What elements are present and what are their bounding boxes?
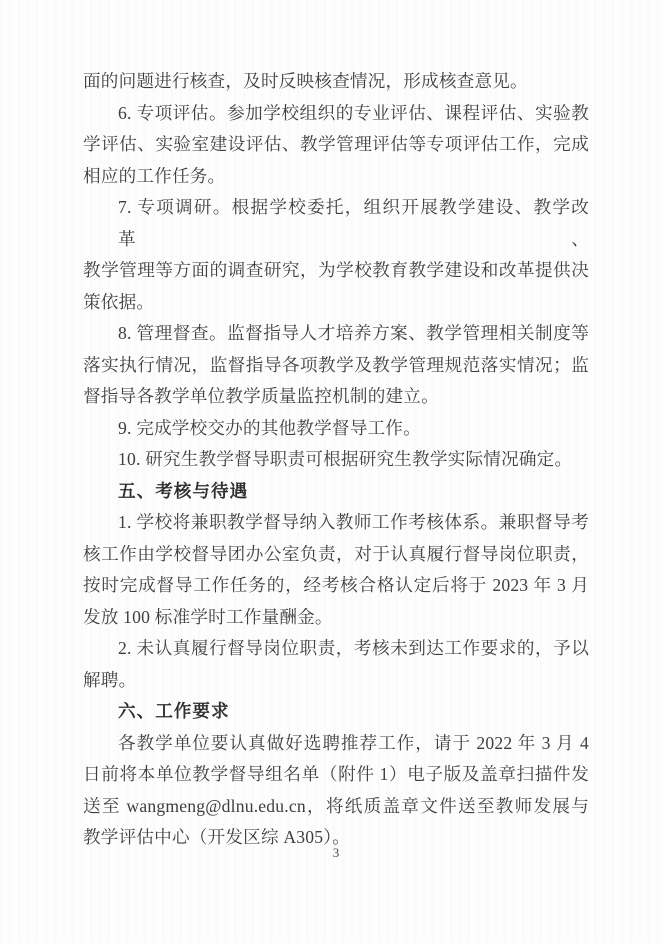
document-line: 解聘。	[83, 665, 589, 697]
document-line: 教学管理等方面的调查研究，为学校教育教学建设和改革提供决	[83, 255, 589, 287]
section-heading-assessment: 五、考核与待遇	[83, 476, 589, 508]
document-line: 1. 学校将兼职教学督导纳入教师工作考核体系。兼职督导考	[83, 507, 589, 539]
document-line: 按时完成督导工作任务的，经考核合格认定后将于 2023 年 3 月	[83, 570, 589, 602]
document-line: 6. 专项评估。参加学校组织的专业评估、课程评估、实验教	[83, 98, 589, 130]
document-line: 发放 100 标准学时工作量酬金。	[83, 602, 589, 634]
document-line: 相应的工作任务。	[83, 161, 589, 193]
section-heading-requirements: 六、工作要求	[83, 696, 589, 728]
document-page: 面的问题进行核查，及时反映核查情况，形成核查意见。 6. 专项评估。参加学校组织…	[0, 0, 662, 943]
document-line: 各教学单位要认真做好选聘推荐工作，请于 2022 年 3 月 4	[83, 728, 589, 760]
page-number: 3	[83, 845, 589, 861]
document-line: 10. 研究生教学督导职责可根据研究生教学实际情况确定。	[83, 444, 589, 476]
document-line: 面的问题进行核查，及时反映核查情况，形成核查意见。	[83, 66, 589, 98]
document-body: 面的问题进行核查，及时反映核查情况，形成核查意见。 6. 专项评估。参加学校组织…	[83, 66, 589, 854]
document-line: 学评估、实验室建设评估、教学管理评估等专项评估工作，完成	[83, 129, 589, 161]
document-line: 日前将本单位教学督导组名单（附件 1）电子版及盖章扫描件发	[83, 759, 589, 791]
document-line: 督指导各教学单位教学质量监控机制的建立。	[83, 381, 589, 413]
document-line: 送至 wangmeng@dlnu.edu.cn，将纸质盖章文件送至教师发展与	[83, 791, 589, 823]
document-line: 9. 完成学校交办的其他教学督导工作。	[83, 413, 589, 445]
document-line: 8. 管理督查。监督指导人才培养方案、教学管理相关制度等	[83, 318, 589, 350]
document-line: 落实执行情况，监督指导各项教学及教学管理规范落实情况；监	[83, 350, 589, 382]
document-line: 7. 专项调研。根据学校委托，组织开展教学建设、教学改革、	[83, 192, 589, 255]
document-line: 核工作由学校督导团办公室负责，对于认真履行督导岗位职责，	[83, 539, 589, 571]
document-line: 2. 未认真履行督导岗位职责，考核未到达工作要求的，予以	[83, 633, 589, 665]
document-line: 策依据。	[83, 287, 589, 319]
